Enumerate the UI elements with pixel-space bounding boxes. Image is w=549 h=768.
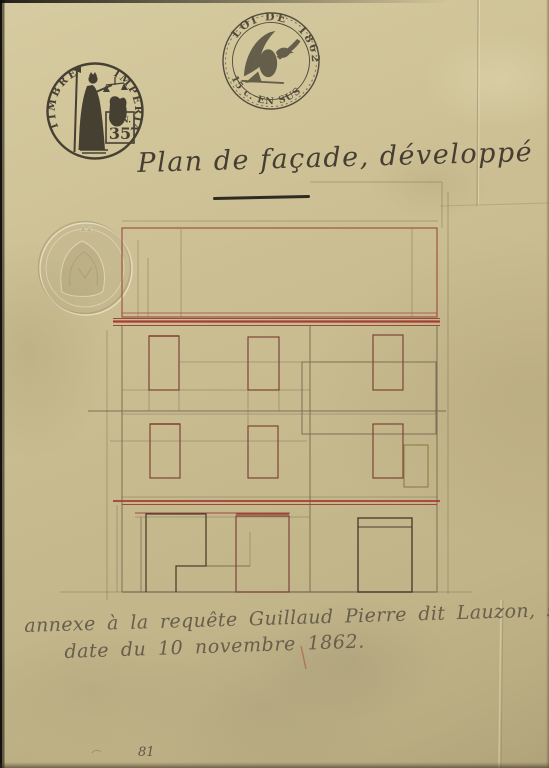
scanned-document-page: TIMBRE IMPERIAL. CEN. 35 <box>0 0 549 768</box>
door-opening-left <box>146 514 206 592</box>
door-opening-middle <box>236 516 289 592</box>
pencil-structure-lines <box>88 325 446 592</box>
window-opening <box>373 424 403 478</box>
window-opening <box>149 336 179 390</box>
window-opening <box>248 426 278 478</box>
red-ink-lines <box>113 228 440 514</box>
small-window-opening <box>404 445 428 487</box>
denomination-label: CEN. <box>109 115 131 125</box>
window-opening <box>248 337 279 390</box>
facade-drawing <box>60 182 472 753</box>
page-number: 81 <box>138 745 155 760</box>
denomination-value: 35 <box>109 124 131 143</box>
window-opening <box>150 424 180 478</box>
door-opening-right <box>358 518 412 592</box>
imperial-eagle-icon <box>240 25 301 95</box>
attic-outline <box>122 228 437 317</box>
timbre-imperial-stamp: TIMBRE IMPERIAL. CEN. 35 <box>0 0 144 159</box>
paper-creases <box>440 0 549 768</box>
loi-1862-stamp: LOI DE 1862 15 c. EN SUS <box>210 0 334 122</box>
blind-embossed-imperial-eagle-seal-icon <box>38 221 132 315</box>
ground-floor-openings <box>146 514 412 592</box>
pencil-annex-outline <box>302 362 436 434</box>
window-openings <box>149 335 403 478</box>
